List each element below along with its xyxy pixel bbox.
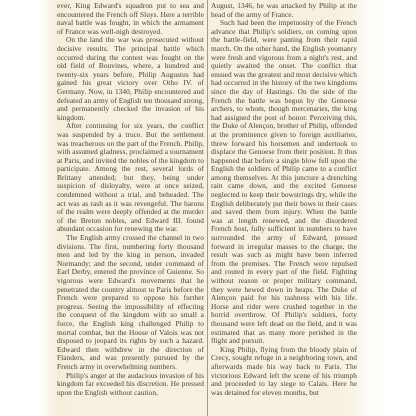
paragraph: Philip's anger at the audacious invasion… [57, 372, 204, 398]
left-text-column: ever, King Edward's squadron put to sea … [57, 2, 204, 416]
right-text-column: August, 1346, he was attacked by Philip … [211, 2, 357, 416]
paragraph: August, 1346, he was attacked by Philip … [211, 2, 357, 19]
paragraph: The English army crossed the channel in … [57, 234, 204, 372]
paragraph: After continuing for six years, the conf… [57, 122, 204, 234]
paragraph: King Philip, flying from the bloody plai… [211, 346, 357, 398]
paragraph: Such had been the impetuosity of the Fre… [211, 19, 357, 346]
paragraph: On the land the war was prosecuted witho… [57, 36, 204, 122]
paragraph: ever, King Edward's squadron put to sea … [57, 2, 204, 36]
scanned-page: ever, King Edward's squadron put to sea … [0, 0, 416, 416]
column-divider-rule [207, 0, 208, 416]
